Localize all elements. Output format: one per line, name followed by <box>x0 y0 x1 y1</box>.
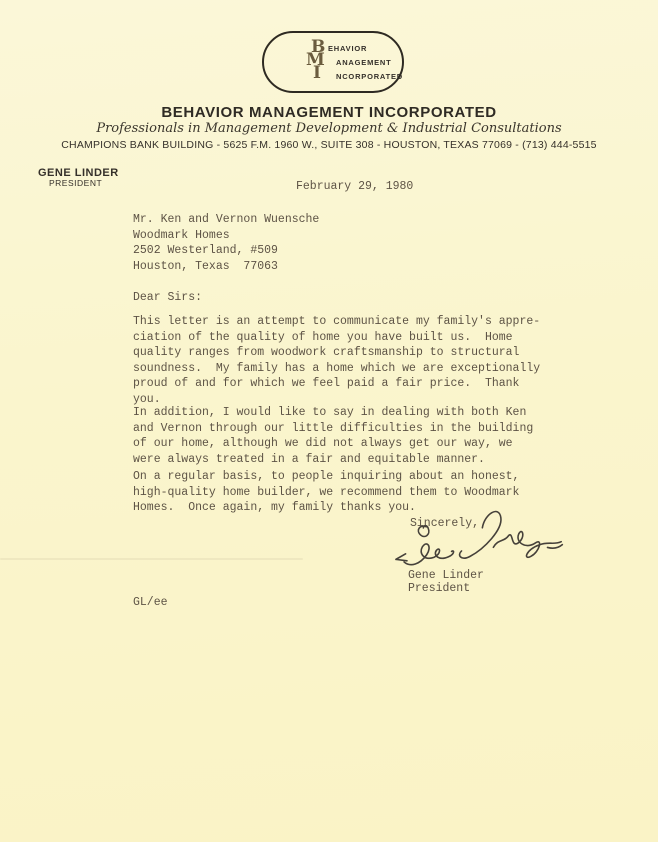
company-name: BEHAVIOR MANAGEMENT INCORPORATED <box>0 104 658 121</box>
logo-word-incorporated: NCORPORATED <box>336 72 403 81</box>
paper-crease <box>0 558 303 560</box>
scanned-letter-page: B M I EHAVIOR ANAGEMENT NCORPORATED BEHA… <box>0 0 658 842</box>
bmi-logo: B M I EHAVIOR ANAGEMENT NCORPORATED <box>262 31 404 93</box>
signed-title: President <box>408 581 470 597</box>
officer-title: PRESIDENT <box>49 178 102 188</box>
salutation: Dear Sirs: <box>133 290 202 306</box>
logo-letter-i: I <box>313 65 321 82</box>
body-paragraph-1: This letter is an attempt to communicate… <box>133 314 563 407</box>
company-tagline: Professionals in Management Development … <box>0 121 658 136</box>
logo-word-behavior: EHAVIOR <box>328 44 367 53</box>
logo-word-management: ANAGEMENT <box>336 58 392 67</box>
letter-date: February 29, 1980 <box>296 179 413 195</box>
body-paragraph-2: In addition, I would like to say in deal… <box>133 405 563 467</box>
company-address: CHAMPIONS BANK BUILDING - 5625 F.M. 1960… <box>0 139 658 151</box>
handwritten-signature <box>391 504 566 577</box>
reference-initials: GL/ee <box>133 595 168 611</box>
recipient-address-block: Mr. Ken and Vernon Wuensche Woodmark Hom… <box>133 212 319 274</box>
